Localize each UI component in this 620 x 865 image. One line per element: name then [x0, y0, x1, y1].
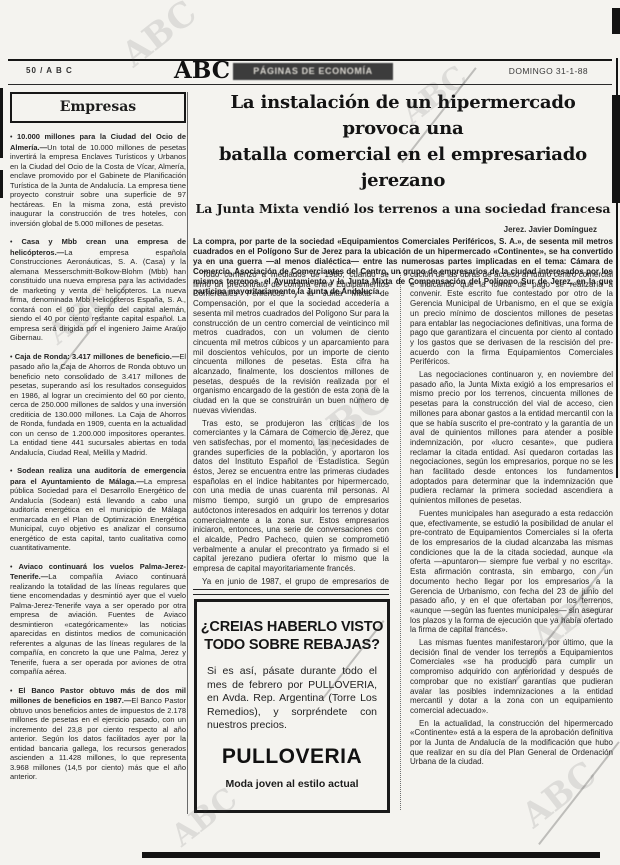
ad-separator-rule: [193, 589, 389, 595]
newspaper-page: 50 / A B C ABC PÁGINAS DE ECONOMÍA DOMIN…: [0, 0, 620, 865]
ad-body-text: Si es así, pásate durante todo el mes de…: [207, 665, 377, 733]
bullet-icon: •: [10, 239, 12, 246]
article-column-1: Todo comenzó a mediados de 1986, cuando …: [193, 270, 389, 588]
article-headline: La instalación de un hipermercado provoc…: [193, 90, 613, 194]
brief-text: La empresa pública Sociedad para el Desa…: [10, 477, 186, 553]
brief-text: El Banco Pastor obtuvo unos beneficios a…: [10, 696, 186, 781]
masthead-logo: ABC: [174, 58, 230, 83]
pulloveria-ad: ¿CREIAS HABERLO VISTO TODO SOBRE REBAJAS…: [194, 599, 390, 813]
paragraph: Fuentes municipales han asegurado a esta…: [410, 509, 613, 635]
brief-text: La compañía Aviaco continuará realizando…: [10, 572, 186, 676]
brief-ciudad-ocio: • 10.000 millones para la Ciudad del Oci…: [10, 132, 186, 228]
brief-caja-ronda: • Caja de Ronda: 3.417 millones de benef…: [10, 352, 186, 458]
paragraph: Tras esto, se produjeron las críticas de…: [193, 419, 389, 574]
scan-artifact-right-line: [616, 58, 618, 478]
inter-column-rule: [400, 272, 401, 810]
article-byline: Jerez. Javier Domínguez: [193, 225, 597, 234]
empresas-column: Empresas • 10.000 millones para la Ciuda…: [10, 92, 186, 791]
bullet-icon: •: [10, 134, 12, 141]
bullet-icon: •: [10, 688, 12, 695]
article-column-2: cución de las obras de acceso al futuro …: [410, 270, 613, 810]
headline-line-1: La instalación de un hipermercado provoc…: [193, 90, 613, 142]
scan-artifact-bottom-bar: [142, 852, 600, 858]
ad-headline-line-2: TODO SOBRE REBAJAS?: [197, 636, 387, 654]
empresas-briefs: • 10.000 millones para la Ciudad del Oci…: [10, 132, 186, 782]
brief-text: La empresa española Construcciones Aeron…: [10, 248, 186, 343]
empresas-title: Empresas: [10, 92, 186, 123]
scan-artifact-right-top: [612, 8, 620, 34]
paragraph: Todo comenzó a mediados de 1986, cuando …: [193, 270, 389, 416]
paragraph: Las mismas fuentes manifestaron, por últ…: [410, 638, 613, 716]
header-top-rule: [8, 59, 612, 61]
ad-tagline: Moda joven al estilo actual: [197, 778, 387, 790]
brief-text: Un total de 10.000 millones de pesetas i…: [10, 143, 186, 228]
brief-banco-pastor: • El Banco Pastor obtuvo más de dos mil …: [10, 686, 186, 782]
ad-headline: ¿CREIAS HABERLO VISTO TODO SOBRE REBAJAS…: [197, 618, 387, 654]
bullet-icon: •: [10, 564, 12, 571]
scan-artifact-left-dash: [0, 88, 3, 158]
ad-brand-name: PULLOVERIA: [197, 745, 387, 769]
bullet-icon: •: [10, 468, 12, 475]
paragraph: Las negociaciones continuaron y, en novi…: [410, 370, 613, 506]
paragraph: cución de las obras de acceso al futuro …: [410, 270, 613, 367]
section-banner: PÁGINAS DE ECONOMÍA: [233, 63, 393, 80]
article-header: La instalación de un hipermercado provoc…: [193, 90, 613, 296]
article-subhead: La Junta Mixta vendió los terrenos a una…: [193, 201, 613, 216]
page-folio: 50 / A B C: [26, 66, 73, 75]
headline-line-2: batalla comercial en el empresariado jer…: [193, 142, 613, 194]
brief-casa-mbb: • Casa y Mbb crean una empresa de helicó…: [10, 237, 186, 343]
scan-artifact-left-dash: [0, 170, 3, 198]
paragraph: Ya en junio de 1987, el grupo de empresa…: [193, 577, 389, 588]
column-divider: [187, 92, 188, 814]
brief-lead: Caja de Ronda: 3.417 millones de benefic…: [15, 352, 180, 361]
ad-headline-line-1: ¿CREIAS HABERLO VISTO: [197, 618, 387, 636]
bullet-icon: •: [10, 354, 12, 361]
page-date: DOMINGO 31-1-88: [460, 66, 588, 76]
header-bottom-rule: [8, 84, 612, 85]
brief-sodean: • Sodean realiza una auditoría de emerge…: [10, 466, 186, 553]
paragraph: En la actualidad, la construcción del hi…: [410, 719, 613, 768]
brief-text: El pasado año la Caja de Ahorros de Rond…: [10, 352, 186, 457]
brief-aviaco: • Aviaco continuará los vuelos Palma-Jer…: [10, 562, 186, 677]
